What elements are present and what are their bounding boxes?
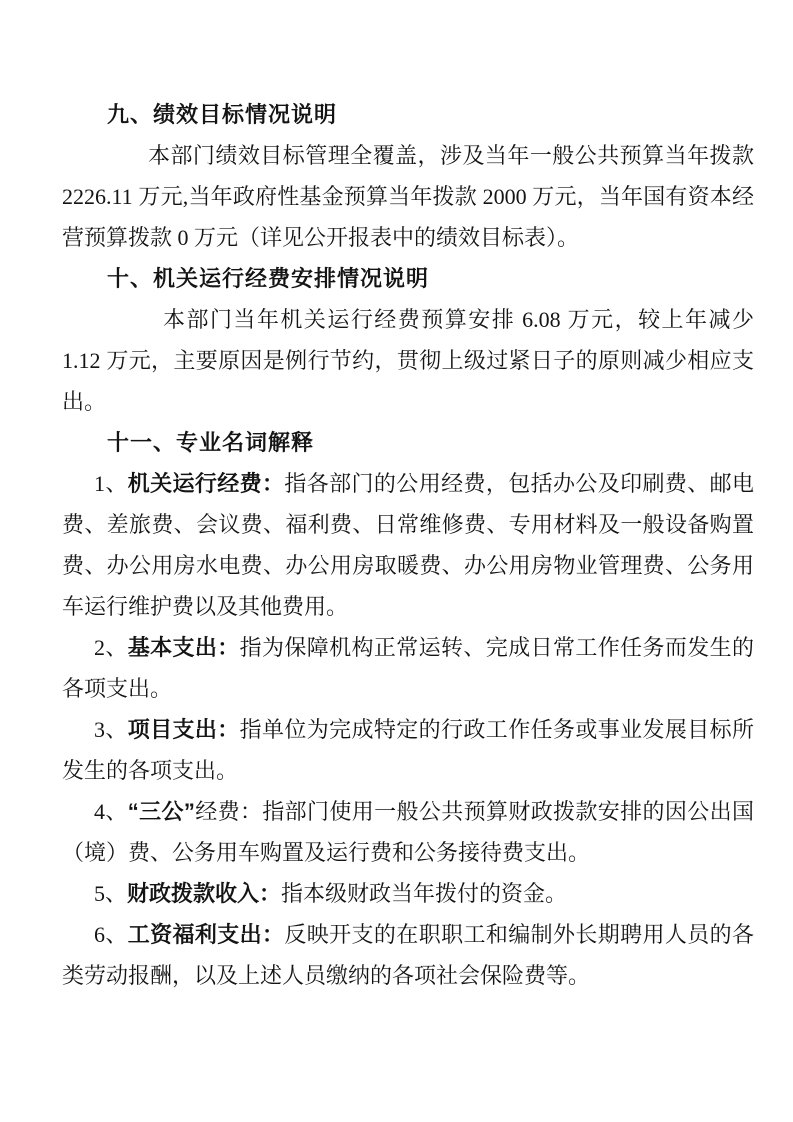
section-heading-11: 十一、专业名词解释	[62, 422, 754, 463]
section-heading-10: 十、机关运行经费安排情况说明	[62, 258, 754, 299]
item-number: 6、	[94, 922, 128, 947]
glossary-item-1: 1、机关运行经费：指各部门的公用经费，包括办公及印刷费、邮电费、差旅费、会议费、…	[62, 463, 754, 627]
section-glossary: 十一、专业名词解释 1、机关运行经费：指各部门的公用经费，包括办公及印刷费、邮电…	[62, 422, 754, 996]
item-number: 1、	[94, 471, 128, 496]
item-number: 2、	[94, 635, 128, 660]
item-number: 3、	[94, 717, 128, 742]
document-content: 九、绩效目标情况说明 本部门绩效目标管理全覆盖，涉及当年一般公共预算当年拨款 2…	[0, 0, 793, 996]
item-term: 机关运行经费：	[128, 471, 285, 496]
item-term-suffix: 经费：	[195, 799, 262, 824]
item-term: 项目支出：	[128, 717, 240, 742]
glossary-item-4: 4、“三公”经费：指部门使用一般公共预算财政拨款安排的因公出国（境）费、公务用车…	[62, 791, 754, 873]
section-performance-targets: 九、绩效目标情况说明 本部门绩效目标管理全覆盖，涉及当年一般公共预算当年拨款 2…	[62, 94, 754, 258]
glossary-item-6: 6、工资福利支出：反映开支的在职职工和编制外长期聘用人员的各类劳动报酬，以及上述…	[62, 914, 754, 996]
item-definition: 指本级财政当年拨付的资金。	[281, 881, 567, 906]
item-term: 工资福利支出：	[128, 922, 285, 947]
item-number: 5、	[94, 881, 127, 906]
item-term: “三公”	[128, 799, 195, 824]
item-number: 4、	[94, 799, 128, 824]
item-term: 财政拨款收入：	[127, 881, 281, 906]
glossary-item-2: 2、基本支出：指为保障机构正常运转、完成日常工作任务而发生的各项支出。	[62, 627, 754, 709]
operating-funds-paragraph: 本部门当年机关运行经费预算安排 6.08 万元，较上年减少 1.12 万元，主要…	[62, 299, 754, 422]
section-heading-9: 九、绩效目标情况说明	[62, 94, 754, 135]
glossary-item-5: 5、财政拨款收入：指本级财政当年拨付的资金。	[62, 873, 754, 914]
section-operating-funds: 十、机关运行经费安排情况说明 本部门当年机关运行经费预算安排 6.08 万元，较…	[62, 258, 754, 422]
glossary-item-3: 3、项目支出：指单位为完成特定的行政工作任务或事业发展目标所发生的各项支出。	[62, 709, 754, 791]
document-page: 九、绩效目标情况说明 本部门绩效目标管理全覆盖，涉及当年一般公共预算当年拨款 2…	[0, 0, 793, 1122]
performance-targets-paragraph: 本部门绩效目标管理全覆盖，涉及当年一般公共预算当年拨款 2226.11 万元,当…	[62, 135, 754, 258]
item-term: 基本支出：	[128, 635, 240, 660]
